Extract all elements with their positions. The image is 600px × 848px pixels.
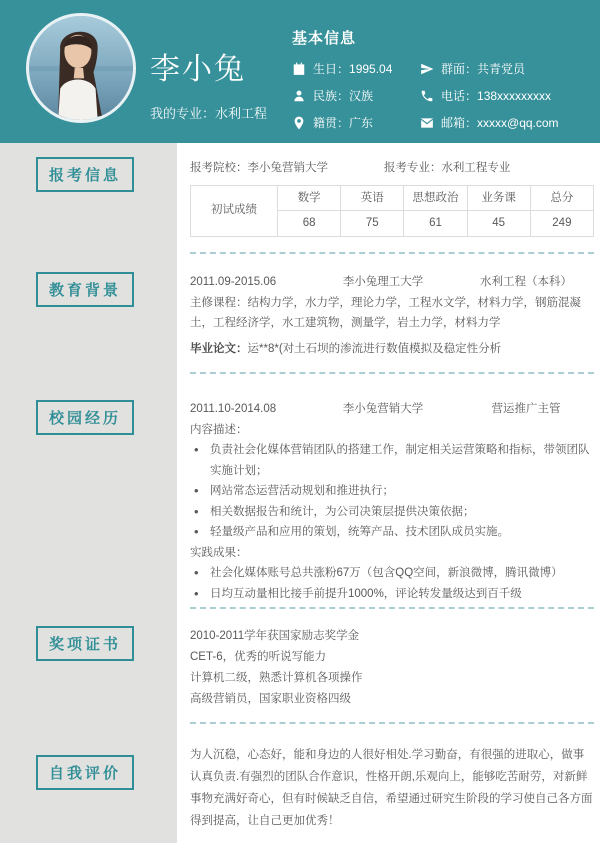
score-value: 68 <box>278 211 341 237</box>
score-row-header: 初试成绩 <box>191 185 278 236</box>
phone-icon <box>420 89 434 103</box>
apply-school-label: 报考院校： <box>190 162 248 174</box>
info-value: 广东 <box>349 114 373 131</box>
basic-info-panel: 基本信息 生日：1995.04 民族：汉族 <box>292 27 559 131</box>
portrait-illustration <box>29 16 133 120</box>
sidebar-label-awards: 奖项证书 <box>36 626 134 661</box>
campus-role: 营运推广主管 <box>458 399 594 420</box>
section-awards: 2010-2011学年获国家励志奖学金 CET-6，优秀的听说写能力 计算机二级… <box>190 626 594 724</box>
apply-header-row: 报考院校：李小兔营销大学 报考专业：水利工程专业 <box>190 158 594 179</box>
info-value: 1995.04 <box>349 62 392 76</box>
location-icon <box>292 116 306 130</box>
info-label: 电话： <box>441 87 477 104</box>
score-value: 75 <box>341 211 404 237</box>
info-label: 邮箱： <box>441 114 477 131</box>
calendar-icon <box>292 62 306 76</box>
score-col-header: 业务课 <box>467 185 530 211</box>
sidebar-label-education: 教育背景 <box>36 272 134 307</box>
send-icon <box>420 62 434 76</box>
campus-desc-label: 内容描述： <box>190 420 594 441</box>
award-item: 计算机二级，熟悉计算机各项操作 <box>190 668 594 689</box>
info-ethnicity: 民族：汉族 <box>292 87 420 104</box>
apply-major-value: 水利工程专业 <box>441 162 510 174</box>
campus-header-row: 2011.10-2014.08 李小兔营销大学 营运推广主管 <box>190 399 594 420</box>
resume-page: 李小兔 我的专业：水利工程 基本信息 生日：1995.04 <box>0 0 600 848</box>
sidebar-label-campus: 校园经历 <box>36 400 134 435</box>
header-banner: 李小兔 我的专业：水利工程 基本信息 生日：1995.04 <box>0 0 600 143</box>
score-col-header: 思想政治 <box>404 185 467 211</box>
section-divider <box>190 722 594 724</box>
info-hometown: 籍贯：广东 <box>292 114 420 131</box>
score-value: 61 <box>404 211 467 237</box>
score-col-header: 英语 <box>341 185 404 211</box>
section-divider <box>190 607 594 609</box>
info-value: 138xxxxxxxxx <box>477 89 551 103</box>
info-political-status: 群面：共青党员 <box>420 60 559 77</box>
info-label: 生日： <box>313 60 349 77</box>
sidebar-label-self-eval: 自我评价 <box>36 755 134 790</box>
campus-period: 2011.10-2014.08 <box>190 399 308 420</box>
info-email: 邮箱：xxxxx@qq.com <box>420 114 559 131</box>
sidebar-rail <box>0 143 177 843</box>
campus-org: 李小兔营销大学 <box>308 399 458 420</box>
info-phone: 电话：138xxxxxxxxx <box>420 87 559 104</box>
award-item: CET-6，优秀的听说写能力 <box>190 647 594 668</box>
info-label: 群面： <box>441 60 477 77</box>
campus-duty-list: 负责社会化媒体营销团队的搭建工作，制定相关运营策略和指标，带领团队实施计划； 网… <box>190 440 594 543</box>
section-apply-info: 报考院校：李小兔营销大学 报考专业：水利工程专业 初试成绩 数学 英语 思想政治… <box>190 158 594 254</box>
info-label: 民族： <box>313 87 349 104</box>
thesis-title: 运**8*(对土石坝的渗流进行数值模拟及稳定性分析 <box>248 343 502 355</box>
education-degree: 水利工程（本科） <box>458 272 594 293</box>
list-item: 日均互动量相比接手前提升1000%，评论转发量级达到百千级 <box>190 584 594 605</box>
info-birthday: 生日：1995.04 <box>292 60 420 77</box>
education-courses: 主修课程：结构力学，水力学，理论力学，工程水文学，材料力学，钢筋混凝土，工程经济… <box>190 293 594 334</box>
candidate-name: 李小兔 <box>150 44 267 88</box>
section-self-eval: 为人沉稳，心态好，能和身边的人很好相处.学习勤奋，有很强的进取心，做事认真负责.… <box>190 744 594 832</box>
self-eval-paragraph: 为人沉稳，心态好，能和身边的人很好相处.学习勤奋，有很强的进取心，做事认真负责.… <box>190 744 594 832</box>
list-item: 轻量级产品和应用的策划，统筹产品、技术团队成员实施。 <box>190 522 594 543</box>
profile-photo <box>26 13 136 123</box>
apply-major-label: 报考专业： <box>384 162 442 174</box>
name-block: 李小兔 我的专业：水利工程 <box>150 44 267 122</box>
info-value: 汉族 <box>349 87 373 104</box>
section-education: 2011.09-2015.06 李小兔理工大学 水利工程（本科） 主修课程：结构… <box>190 272 594 374</box>
campus-result-list: 社会化媒体账号总共涨粉67万（包含QQ空间，新浪微博，腾讯微博） 日均互动量相比… <box>190 563 594 604</box>
score-col-header: 总分 <box>530 185 593 211</box>
candidate-major: 我的专业：水利工程 <box>150 103 267 122</box>
education-header-row: 2011.09-2015.06 李小兔理工大学 水利工程（本科） <box>190 272 594 293</box>
list-item: 社会化媒体账号总共涨粉67万（包含QQ空间，新浪微博，腾讯微博） <box>190 563 594 584</box>
mail-icon <box>420 116 434 130</box>
education-period: 2011.09-2015.06 <box>190 272 308 293</box>
award-item: 高级营销员，国家职业资格四级 <box>190 689 594 710</box>
info-value: xxxxx@qq.com <box>477 116 559 130</box>
basic-info-title: 基本信息 <box>292 27 559 48</box>
list-item: 负责社会化媒体营销团队的搭建工作，制定相关运营策略和指标，带领团队实施计划； <box>190 440 594 481</box>
education-school: 李小兔理工大学 <box>308 272 458 293</box>
score-value: 249 <box>530 211 593 237</box>
score-value: 45 <box>467 211 530 237</box>
section-divider <box>190 252 594 254</box>
apply-school-value: 李小兔营销大学 <box>248 162 329 174</box>
person-icon <box>292 89 306 103</box>
sidebar-label-apply-info: 报考信息 <box>36 157 134 192</box>
list-item: 网站常态运营活动规划和推进执行； <box>190 481 594 502</box>
score-table: 初试成绩 数学 英语 思想政治 业务课 总分 68 75 61 45 249 <box>190 185 594 237</box>
section-divider <box>190 372 594 374</box>
section-campus: 2011.10-2014.08 李小兔营销大学 营运推广主管 内容描述： 负责社… <box>190 399 594 609</box>
score-col-header: 数学 <box>278 185 341 211</box>
table-row: 初试成绩 数学 英语 思想政治 业务课 总分 <box>191 185 594 211</box>
info-value: 共青党员 <box>477 60 525 77</box>
info-label: 籍贯： <box>313 114 349 131</box>
thesis-label: 毕业论文： <box>190 343 248 355</box>
list-item: 相关数据报告和统计，为公司决策层提供决策依据； <box>190 502 594 523</box>
campus-result-label: 实践成果： <box>190 543 594 564</box>
award-item: 2010-2011学年获国家励志奖学金 <box>190 626 594 647</box>
